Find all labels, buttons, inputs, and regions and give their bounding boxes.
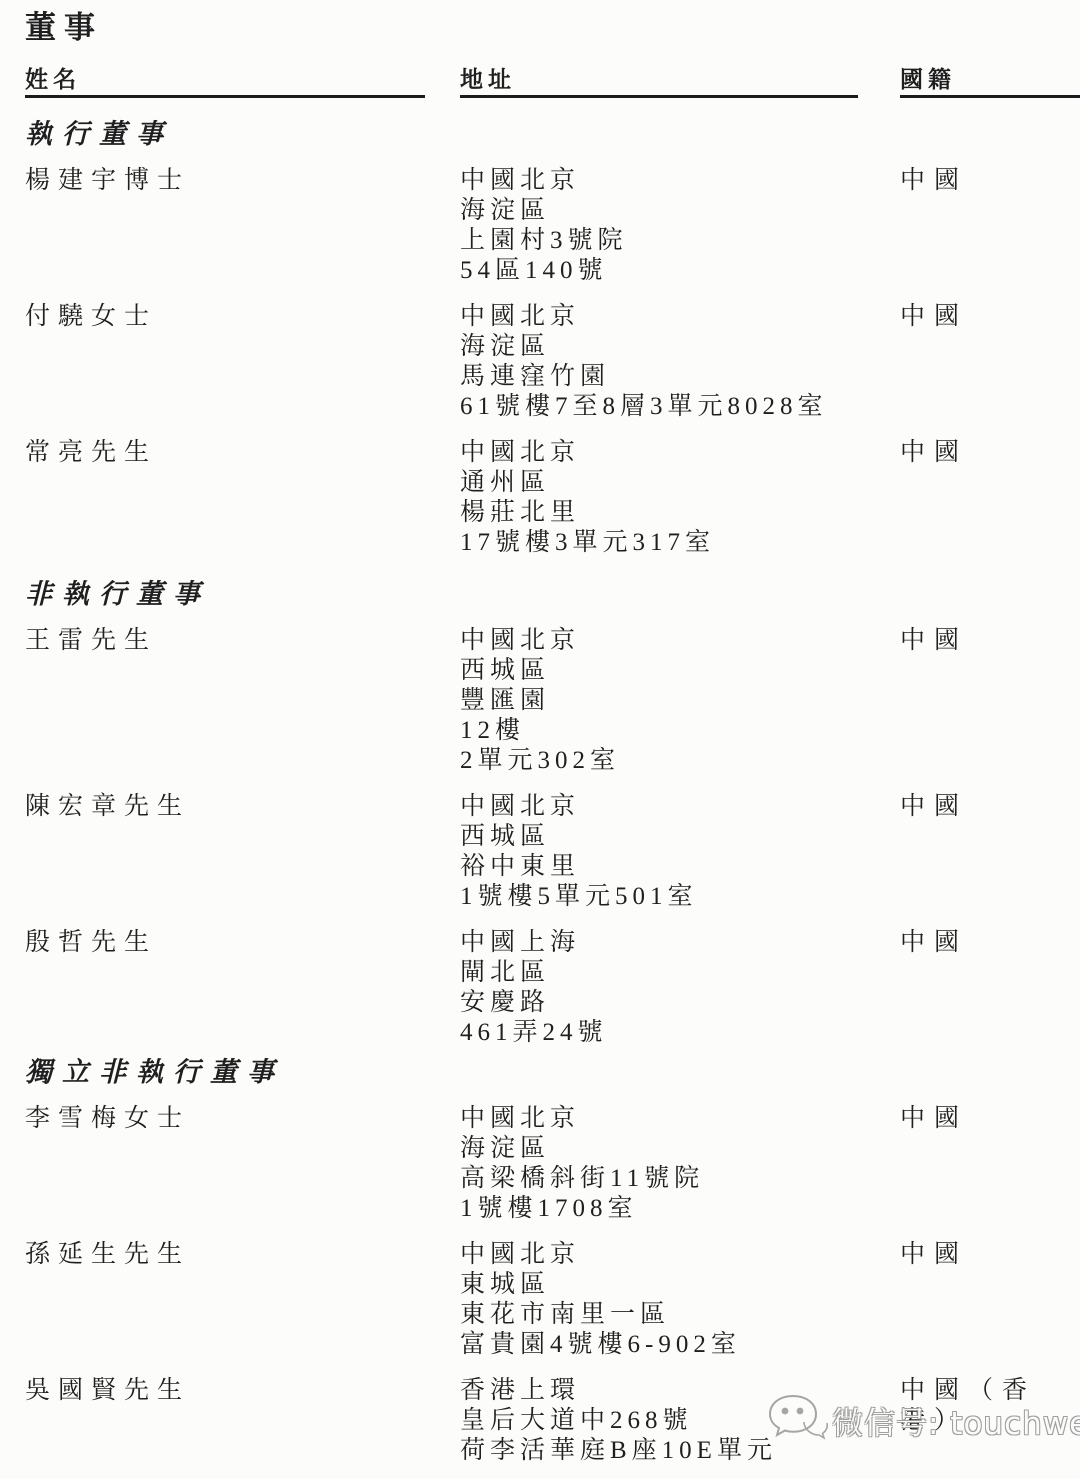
header-underline: 姓名 (25, 68, 425, 98)
address-line: 馬連窪竹園 (460, 362, 900, 392)
page-title: 董事 (25, 10, 1080, 46)
address-line: 1號樓5單元501室 (460, 882, 900, 912)
address-line: 2單元302室 (460, 746, 900, 776)
director-name: 王雷先生 (25, 626, 460, 776)
director-row: 楊建宇博士 中國北京 海淀區 上園村3號院 54區140號 中國 (25, 166, 1080, 286)
director-nationality: 中國 (900, 928, 1080, 1048)
address-line: 海淀區 (460, 196, 900, 226)
director-row: 陳宏章先生 中國北京 西城區 裕中東里 1號樓5單元501室 中國 (25, 792, 1080, 912)
director-name: 付驍女士 (25, 302, 460, 422)
address-line: 西城區 (460, 822, 900, 852)
director-nationality: 中國 (900, 626, 1080, 776)
director-name: 陳宏章先生 (25, 792, 460, 912)
director-row: 常亮先生 中國北京 通州區 楊莊北里 17號樓3單元317室 中國 (25, 438, 1080, 558)
address-line: 中國北京 (460, 626, 900, 656)
director-name: 吳國賢先生 (25, 1376, 460, 1466)
address-line: 中國北京 (460, 438, 900, 468)
address-line: 中國北京 (460, 792, 900, 822)
director-row: 付驍女士 中國北京 海淀區 馬連窪竹園 61號樓7至8層3單元8028室 中國 (25, 302, 1080, 422)
director-nationality: 中國 (900, 166, 1080, 286)
address-line: 高梁橋斜街11號院 (460, 1164, 900, 1194)
address-line: 通州區 (460, 468, 900, 498)
column-header-nationality: 國籍 (900, 68, 1080, 98)
address-line: 中國北京 (460, 1104, 900, 1134)
director-address: 中國北京 海淀區 高梁橋斜街11號院 1號樓1708室 (460, 1104, 900, 1224)
director-address: 中國北京 通州區 楊莊北里 17號樓3單元317室 (460, 438, 900, 558)
director-name: 殷哲先生 (25, 928, 460, 1048)
column-header-nationality-label: 國籍 (900, 67, 956, 92)
address-line: 中國北京 (460, 1240, 900, 1270)
director-name: 李雪梅女士 (25, 1104, 460, 1224)
watermark-text: 微信号: touchweb (832, 1398, 1080, 1443)
section-title-non-executive-directors: 非執行董事 (25, 578, 1080, 610)
watermark: 微信号: touchweb (766, 1392, 1080, 1448)
address-line: 楊莊北里 (460, 498, 900, 528)
address-line: 東花市南里一區 (460, 1300, 900, 1330)
director-address: 中國北京 西城區 裕中東里 1號樓5單元501室 (460, 792, 900, 912)
director-name: 孫延生先生 (25, 1240, 460, 1360)
director-address: 中國上海 閘北區 安慶路 461弄24號 (460, 928, 900, 1048)
director-row: 李雪梅女士 中國北京 海淀區 高梁橋斜街11號院 1號樓1708室 中國 (25, 1104, 1080, 1224)
address-line: 1號樓1708室 (460, 1194, 900, 1224)
column-header-name-label: 姓名 (25, 67, 81, 92)
address-line: 461弄24號 (460, 1018, 900, 1048)
director-nationality: 中國 (900, 792, 1080, 912)
director-row: 殷哲先生 中國上海 閘北區 安慶路 461弄24號 中國 (25, 928, 1080, 1048)
director-nationality: 中國 (900, 1104, 1080, 1224)
address-line: 上園村3號院 (460, 226, 900, 256)
address-line: 17號樓3單元317室 (460, 528, 900, 558)
document-page: 董事 姓名 地址 國籍 執行董事 楊建宇博士 中國北京 海淀區 上園村3號院 5… (0, 0, 1080, 1479)
wechat-icon (766, 1392, 828, 1448)
address-line: 海淀區 (460, 1134, 900, 1164)
header-underline: 國籍 (900, 68, 1080, 98)
director-row: 孫延生先生 中國北京 東城區 東花市南里一區 富貴園4號樓6-902室 中國 (25, 1240, 1080, 1360)
address-line: 裕中東里 (460, 852, 900, 882)
header-underline: 地址 (460, 68, 858, 98)
director-nationality: 中國 (900, 1240, 1080, 1360)
director-nationality: 中國 (900, 302, 1080, 422)
address-line: 東城區 (460, 1270, 900, 1300)
address-line: 中國北京 (460, 166, 900, 196)
address-line: 安慶路 (460, 988, 900, 1018)
address-line: 54區140號 (460, 256, 900, 286)
address-line: 中國上海 (460, 928, 900, 958)
address-line: 12樓 (460, 716, 900, 746)
address-line: 豐匯園 (460, 686, 900, 716)
director-name: 楊建宇博士 (25, 166, 460, 286)
address-line: 西城區 (460, 656, 900, 686)
column-header-address-label: 地址 (460, 67, 516, 92)
column-header-address: 地址 (460, 68, 900, 98)
address-line: 61號樓7至8層3單元8028室 (460, 392, 900, 422)
director-nationality: 中國 (900, 438, 1080, 558)
address-line: 中國北京 (460, 302, 900, 332)
address-line: 海淀區 (460, 332, 900, 362)
table-header-row: 姓名 地址 國籍 (25, 68, 1080, 98)
director-name: 常亮先生 (25, 438, 460, 558)
director-address: 中國北京 海淀區 馬連窪竹園 61號樓7至8層3單元8028室 (460, 302, 900, 422)
director-row: 王雷先生 中國北京 西城區 豐匯園 12樓 2單元302室 中國 (25, 626, 1080, 776)
section-title-executive-directors: 執行董事 (25, 118, 1080, 150)
director-address: 中國北京 東城區 東花市南里一區 富貴園4號樓6-902室 (460, 1240, 900, 1360)
address-line: 閘北區 (460, 958, 900, 988)
director-address: 中國北京 海淀區 上園村3號院 54區140號 (460, 166, 900, 286)
address-line: 富貴園4號樓6-902室 (460, 1330, 900, 1360)
column-header-name: 姓名 (25, 68, 460, 98)
section-title-independent-non-executive-directors: 獨立非執行董事 (25, 1056, 1080, 1088)
director-address: 中國北京 西城區 豐匯園 12樓 2單元302室 (460, 626, 900, 776)
